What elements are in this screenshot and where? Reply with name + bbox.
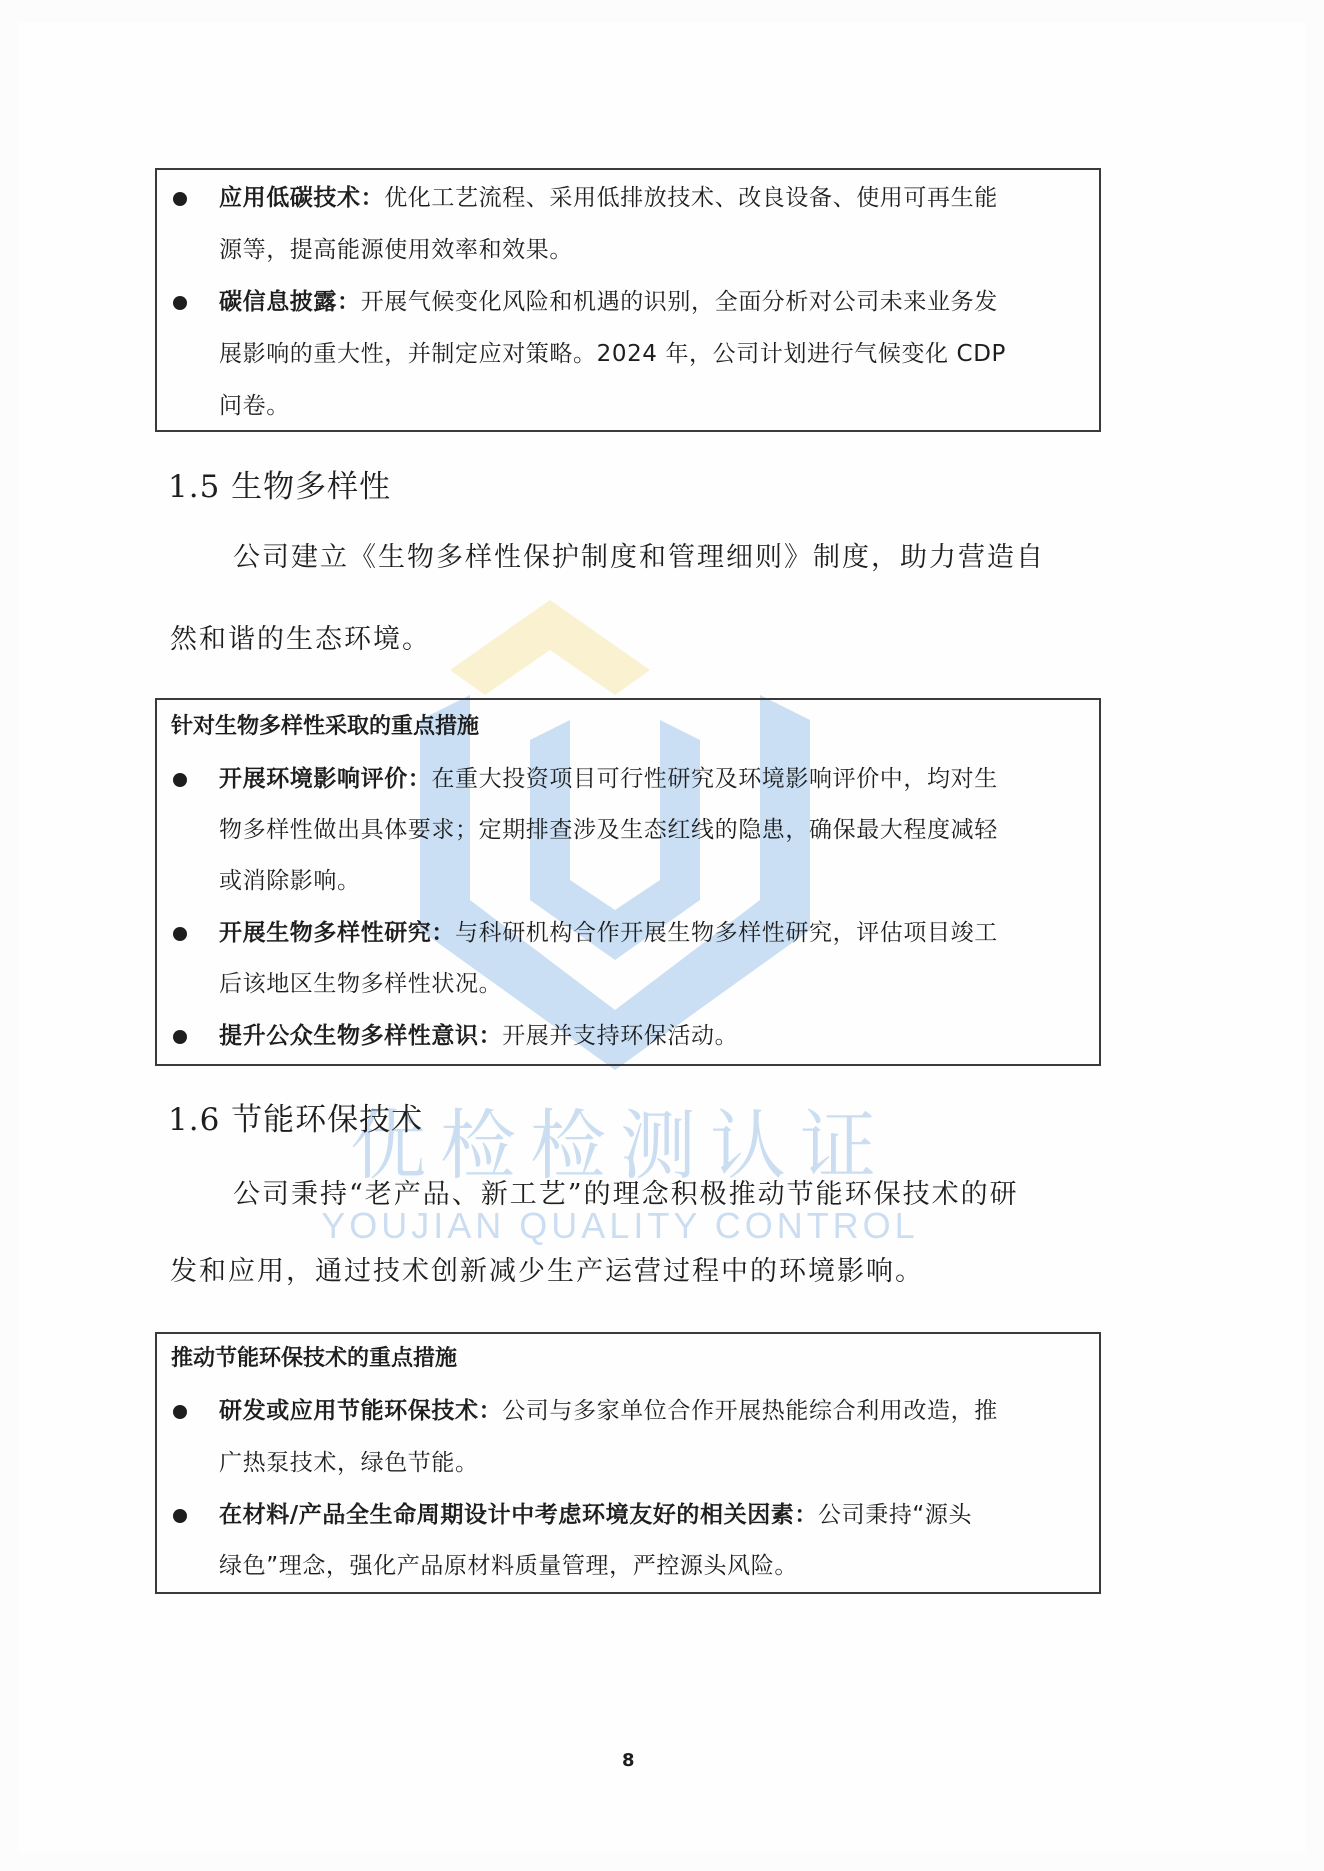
list-item-continuation: 源等，提高能源使用效率和效果。 bbox=[219, 234, 573, 266]
paragraph-line: 发和应用，通过技术创新减少生产运营过程中的环境影响。 bbox=[170, 1253, 924, 1291]
bullet-icon bbox=[173, 773, 187, 787]
list-item: 应用低碳技术：优化工艺流程、采用低排放技术、改良设备、使用可再生能 bbox=[219, 182, 998, 214]
bullet-icon bbox=[173, 192, 187, 206]
item-text: 公司秉持“源头 bbox=[818, 1502, 972, 1528]
energy-saving-measures-box: 推动节能环保技术的重点措施 研发或应用节能环保技术：公司与多家单位合作开展热能综… bbox=[155, 1332, 1101, 1594]
bullet-icon bbox=[173, 1030, 187, 1044]
item-text: 在重大投资项目可行性研究及环境影响评价中，均对生 bbox=[431, 766, 997, 792]
item-term: 在材料/产品全生命周期设计中考虑环境友好的相关因素： bbox=[219, 1502, 818, 1528]
list-item-continuation: 绿色”理念，强化产品原材料质量管理，严控源头风险。 bbox=[219, 1550, 798, 1582]
item-term: 提升公众生物多样性意识： bbox=[219, 1023, 502, 1049]
list-item: 在材料/产品全生命周期设计中考虑环境友好的相关因素：公司秉持“源头 bbox=[219, 1499, 972, 1531]
paragraph-line: 公司秉持“老产品、新工艺”的理念积极推动节能环保技术的研 bbox=[233, 1176, 1019, 1214]
paragraph-line: 公司建立《生物多样性保护制度和管理细则》制度，助力营造自 bbox=[233, 539, 1045, 577]
item-text: 与科研机构合作开展生物多样性研究，评估项目竣工 bbox=[455, 920, 998, 946]
page-number: 8 bbox=[622, 1750, 635, 1771]
box-title: 推动节能环保技术的重点措施 bbox=[171, 1344, 457, 1374]
item-term: 研发或应用节能环保技术： bbox=[219, 1398, 502, 1424]
item-text: 开展气候变化风险和机遇的识别，全面分析对公司未来业务发 bbox=[361, 289, 998, 315]
low-carbon-measures-box: 应用低碳技术：优化工艺流程、采用低排放技术、改良设备、使用可再生能 源等，提高能… bbox=[155, 168, 1101, 432]
bullet-icon bbox=[173, 1405, 187, 1419]
item-term: 应用低碳技术： bbox=[219, 185, 384, 211]
list-item: 提升公众生物多样性意识：开展并支持环保活动。 bbox=[219, 1020, 738, 1052]
list-item-continuation: 问卷。 bbox=[219, 390, 290, 422]
biodiversity-measures-box: 针对生物多样性采取的重点措施 开展环境影响评价：在重大投资项目可行性研究及环境影… bbox=[155, 698, 1101, 1066]
paragraph-line: 然和谐的生态环境。 bbox=[170, 621, 431, 659]
list-item: 研发或应用节能环保技术：公司与多家单位合作开展热能综合利用改造，推 bbox=[219, 1395, 998, 1427]
section-heading-1-5: 1.5 生物多样性 bbox=[168, 467, 391, 507]
list-item: 开展环境影响评价：在重大投资项目可行性研究及环境影响评价中，均对生 bbox=[219, 763, 998, 795]
list-item-continuation: 展影响的重大性，并制定应对策略。2024 年，公司计划进行气候变化 CDP bbox=[219, 338, 1006, 370]
item-term: 碳信息披露： bbox=[219, 289, 361, 315]
bullet-icon bbox=[173, 296, 187, 310]
item-term: 开展生物多样性研究： bbox=[219, 920, 455, 946]
bullet-icon bbox=[173, 927, 187, 941]
item-text: 优化工艺流程、采用低排放技术、改良设备、使用可再生能 bbox=[384, 185, 998, 211]
list-item-continuation: 后该地区生物多样性状况。 bbox=[219, 968, 502, 1000]
bullet-icon bbox=[173, 1509, 187, 1523]
section-heading-1-6: 1.6 节能环保技术 bbox=[168, 1100, 423, 1140]
list-item-continuation: 物多样性做出具体要求；定期排查涉及生态红线的隐患，确保最大程度减轻 bbox=[219, 814, 998, 846]
item-text: 公司与多家单位合作开展热能综合利用改造，推 bbox=[502, 1398, 998, 1424]
list-item: 碳信息披露：开展气候变化风险和机遇的识别，全面分析对公司未来业务发 bbox=[219, 286, 998, 318]
box-title: 针对生物多样性采取的重点措施 bbox=[171, 712, 479, 742]
item-term: 开展环境影响评价： bbox=[219, 766, 431, 792]
list-item: 开展生物多样性研究：与科研机构合作开展生物多样性研究，评估项目竣工 bbox=[219, 917, 998, 949]
list-item-continuation: 或消除影响。 bbox=[219, 865, 361, 897]
list-item-continuation: 广热泵技术，绿色节能。 bbox=[219, 1447, 479, 1479]
item-text: 开展并支持环保活动。 bbox=[502, 1023, 738, 1049]
